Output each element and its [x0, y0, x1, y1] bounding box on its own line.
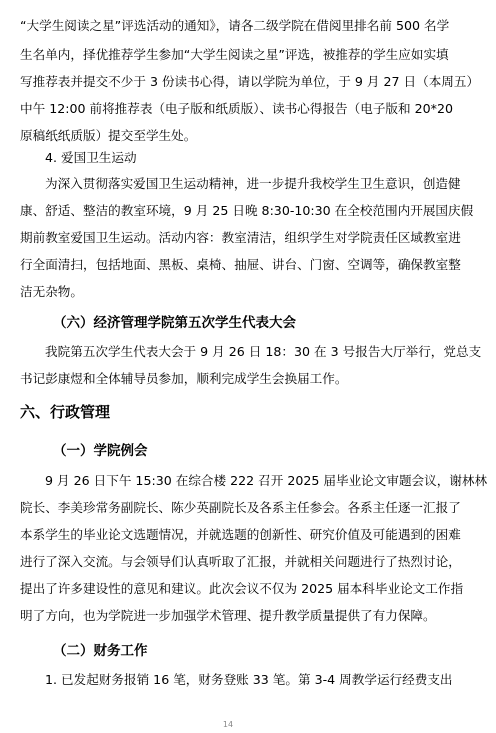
paragraph-line: 中午 12:00 前将推荐表（电子版和纸质版）、读书心得报告（电子版和 20*2… [20, 101, 453, 117]
paragraph-line: 为深入贯彻落实爱国卫生运动精神，进一步提升我校学生卫生意识，创造健 [45, 176, 461, 192]
sub-heading: （一）学院例会 [53, 439, 148, 459]
paragraph-line: 书记彭康煜和全体辅导员参加，顺利完成学生会换届工作。 [20, 371, 347, 387]
paragraph-line: 提出了许多建设性的意见和建议。此次会议不仅为 2025 届本科毕业论文工作指 [20, 581, 463, 597]
section-heading: （六）经济管理学院第五次学生代表大会 [53, 311, 296, 331]
chapter-heading: 六、行政管理 [20, 401, 110, 422]
paragraph-line: 9 月 26 日下午 15:30 在综合楼 222 召开 2025 届毕业论文审… [45, 473, 487, 489]
paragraph-line: 明了方向，也为学院进一步加强学术管理、提升教学质量提供了有力保障。 [20, 608, 436, 624]
paragraph-line: 原稿纸纸质版）提交至学生处。 [20, 128, 196, 144]
page-number: 14 [0, 720, 456, 729]
paragraph-line: 洁无杂物。 [20, 284, 83, 300]
paragraph-line: 我院第五次学生代表大会于 9 月 26 日 18：30 在 3 号报告大厅举行，… [45, 344, 481, 360]
paragraph-line: 进行了深入交流。与会领导们认真听取了汇报，并就相关问题进行了热烈讨论， [20, 554, 461, 570]
paragraph-line: 本系学生的毕业论文选题情况，并就选题的创新性、研究价值及可能遇到的困难 [20, 527, 461, 543]
paragraph-line: 院长、李美珍常务副院长、陈少英副院长及各系主任参会。各系主任逐一汇报了 [20, 500, 461, 516]
paragraph-line: 康、舒适、整洁的教室环境，9 月 25 日晚 8:30-10:30 在全校范围内… [20, 203, 473, 219]
paragraph-line: 行全面清扫，包括地面、黑板、桌椅、抽屉、讲台、门窗、空调等，确保教室整 [20, 257, 461, 273]
item-title: 4. 爱国卫生运动 [45, 150, 137, 166]
paragraph-line: 写推荐表并提交不少于 3 份读书心得，请以学院为单位，于 9 月 27 日（本周… [20, 74, 479, 90]
paragraph-line: 1. 已发起财务报销 16 笔，财务登账 33 笔。第 3-4 周教学运行经费支… [45, 672, 453, 688]
paragraph-line: 生名单内，择优推荐学生参加“大学生阅读之星”评选，被推荐的学生应如实填 [20, 47, 449, 63]
paragraph-line: 期前教室爱国卫生运动。活动内容：教室清洁，组织学生对学院责任区域教室进 [20, 230, 461, 246]
sub-heading: （二）财务工作 [53, 639, 148, 659]
paragraph-line: “大学生阅读之星”评选活动的通知》，请各二级学院在借阅里排名前 500 名学 [20, 18, 449, 34]
